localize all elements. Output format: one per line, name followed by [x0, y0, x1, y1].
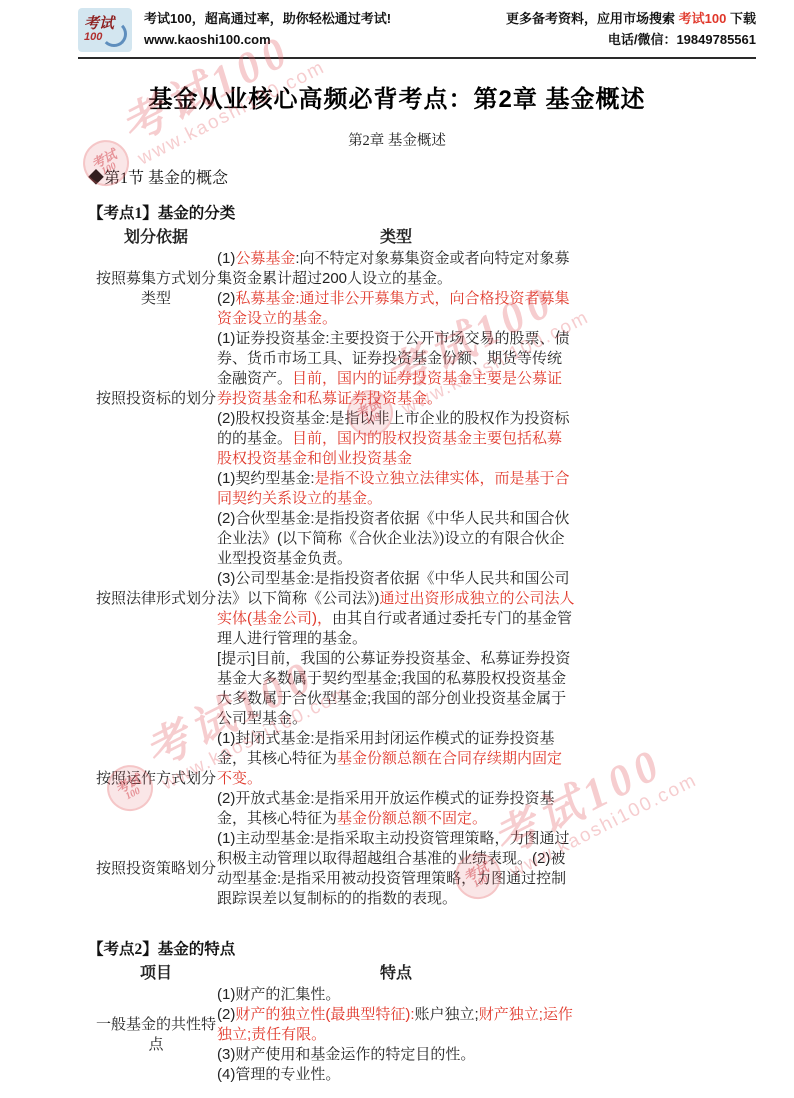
paragraph: (1)公募基金:向不特定对象募集资金或者向特定对象募集资金累计超过200人设立的… [217, 249, 575, 289]
promo-prefix: 更多备考资料，应用市场搜索 [506, 11, 679, 26]
promo-suffix: 下载 [726, 11, 756, 26]
body-text: [提示]目前，我国的公募证券投资基金、私募证券投资基金大多数属于契约型基金;我国… [217, 650, 570, 727]
body-text: (3)财产使用和基金运作的特定目的性。 [217, 1046, 475, 1063]
paragraph: (3)公司型基金:是指投资者依据《中华人民共和国公司法》以下简称《公司法》)通过… [217, 569, 575, 649]
body-text: (4)管理的专业性。 [217, 1066, 340, 1083]
paragraph: (2)财产的独立性(最典型特征):账户独立;财产独立;运作独立;责任有限。 [217, 1005, 575, 1045]
row-content: (1)封闭式基金:是指采用封闭运作模式的证券投资基金，其核心特征为基金份额总额在… [217, 729, 575, 829]
row-label: 按照投资策略划分 [95, 829, 217, 909]
table-row: 按照法律形式划分(1)契约型基金:是指不设立独立法律实体，而是基于合同契约关系设… [95, 469, 794, 729]
row-label: 按照运作方式划分 [95, 729, 217, 829]
highlight-text: 私募基金:通过非公开募集方式，向合格投资者募集资金设立的基金。 [217, 290, 570, 327]
chapter-subtitle: 第2章 基金概述 [0, 129, 794, 150]
paragraph: (1)财产的汇集性。 [217, 985, 575, 1005]
row-content: (1)证券投资基金:主要投资于公开市场交易的股票、债券、货币市场工具、证券投资基… [217, 329, 575, 469]
paragraph: (2)股权投资基金:是指以非上市企业的股权作为投资标的的基金。目前，国内的股权投… [217, 409, 575, 469]
row-content: (1)公募基金:向不特定对象募集资金或者向特定对象募集资金累计超过200人设立的… [217, 249, 575, 329]
paragraph: (1)主动型基金:是指采取主动投资管理策略，力图通过积极主动管理以取得超越组合基… [217, 829, 575, 909]
body-text: (2) [217, 1006, 235, 1023]
paragraph: [提示]目前，我国的公募证券投资基金、私募证券投资基金大多数属于契约型基金;我国… [217, 649, 575, 729]
logo-number: 100 [84, 32, 102, 43]
row-label: 按照募集方式划分类型 [95, 249, 217, 329]
header-website: www.kaoshi100.com [144, 29, 391, 50]
paragraph: (2)开放式基金:是指采用开放运作模式的证券投资基金，其核心特征为基金份额总额不… [217, 789, 575, 829]
column-header: 划分依据 [95, 227, 217, 249]
row-label: 按照投资标的划分 [95, 329, 217, 469]
paragraph: (1)契约型基金:是指不设立独立法律实体，而是基于合同契约关系设立的基金。 [217, 469, 575, 509]
features-table: 项目特点一般基金的共性特点(1)财产的汇集性。(2)财产的独立性(最典型特征):… [95, 963, 794, 1085]
paragraph: (2)私募基金:通过非公开募集方式，向合格投资者募集资金设立的基金。 [217, 289, 575, 329]
header-slogan-block: 考试100，超高通过率，助你轻松通过考试! www.kaoshi100.com [144, 8, 391, 50]
row-content: (1)主动型基金:是指采取主动投资管理策略，力图通过积极主动管理以取得超越组合基… [217, 829, 575, 909]
paragraph: (4)管理的专业性。 [217, 1065, 575, 1085]
promo-brand: 考试100 [679, 11, 727, 26]
row-label: 按照法律形式划分 [95, 469, 217, 729]
kaodian2-heading: 【考点2】基金的特点 [88, 937, 794, 959]
table-row: 按照募集方式划分类型(1)公募基金:向不特定对象募集资金或者向特定对象募集资金累… [95, 249, 794, 329]
header-phone: 电话/微信：19849785561 [506, 29, 756, 50]
kaoshi100-logo: 考试 100 [78, 8, 132, 52]
highlight-text: 公募基金 [235, 250, 295, 267]
logo-text: 考试 [84, 17, 114, 32]
highlight-text: 财产的独立性(最典型特征): [235, 1006, 414, 1023]
page-title: 基金从业核心高频必背考点：第2章 基金概述 [0, 79, 794, 114]
document-page: 考试 100 考试100 www.kaoshi100.com 考试 100 考试… [0, 0, 794, 1098]
table-header-row: 项目特点 [95, 963, 794, 985]
column-header: 类型 [217, 227, 575, 249]
row-content: (1)契约型基金:是指不设立独立法律实体，而是基于合同契约关系设立的基金。(2)… [217, 469, 575, 729]
body-text: (1) [217, 250, 235, 267]
section-heading: ◆第1节 基金的概念 [88, 165, 794, 188]
classification-table: 划分依据类型按照募集方式划分类型(1)公募基金:向不特定对象募集资金或者向特定对… [95, 227, 794, 909]
header-divider [78, 57, 756, 59]
highlight-text: 基金份额总额不固定。 [337, 810, 487, 827]
paragraph: (2)合伙型基金:是指投资者依据《中华人民共和国合伙企业法》(以下简称《合伙企业… [217, 509, 575, 569]
table-row: 按照投资标的划分(1)证券投资基金:主要投资于公开市场交易的股票、债券、货币市场… [95, 329, 794, 469]
header-promo: 更多备考资料，应用市场搜索 考试100 下载 [506, 8, 756, 29]
header-slogan: 考试100，超高通过率，助你轻松通过考试! [144, 8, 391, 29]
table-row: 按照投资策略划分(1)主动型基金:是指采取主动投资管理策略，力图通过积极主动管理… [95, 829, 794, 909]
table-header-row: 划分依据类型 [95, 227, 794, 249]
table-row: 按照运作方式划分(1)封闭式基金:是指采用封闭运作模式的证券投资基金，其核心特征… [95, 729, 794, 829]
header-contact-block: 更多备考资料，应用市场搜索 考试100 下载 电话/微信：19849785561 [506, 8, 756, 50]
body-text: (1)契约型基金: [217, 470, 315, 487]
body-text: 账户独立; [415, 1006, 479, 1023]
row-label: 一般基金的共性特点 [95, 985, 217, 1085]
paragraph: (1)封闭式基金:是指采用封闭运作模式的证券投资基金，其核心特征为基金份额总额在… [217, 729, 575, 789]
body-text: (2)合伙型基金:是指投资者依据《中华人民共和国合伙企业法》(以下简称《合伙企业… [217, 510, 570, 567]
body-text: (1)主动型基金:是指采取主动投资管理策略，力图通过积极主动管理以取得超越组合基… [217, 830, 570, 907]
paragraph: (1)证券投资基金:主要投资于公开市场交易的股票、债券、货币市场工具、证券投资基… [217, 329, 575, 409]
row-content: (1)财产的汇集性。(2)财产的独立性(最典型特征):账户独立;财产独立;运作独… [217, 985, 575, 1085]
paragraph: (3)财产使用和基金运作的特定目的性。 [217, 1045, 575, 1065]
page-header: 考试 100 考试100，超高通过率，助你轻松通过考试! www.kaoshi1… [0, 0, 794, 52]
kaodian1-heading: 【考点1】基金的分类 [88, 201, 794, 223]
body-text: (1)财产的汇集性。 [217, 986, 340, 1003]
column-header: 项目 [95, 963, 217, 985]
body-text: (2) [217, 290, 235, 307]
column-header: 特点 [217, 963, 575, 985]
table-row: 一般基金的共性特点(1)财产的汇集性。(2)财产的独立性(最典型特征):账户独立… [95, 985, 794, 1085]
